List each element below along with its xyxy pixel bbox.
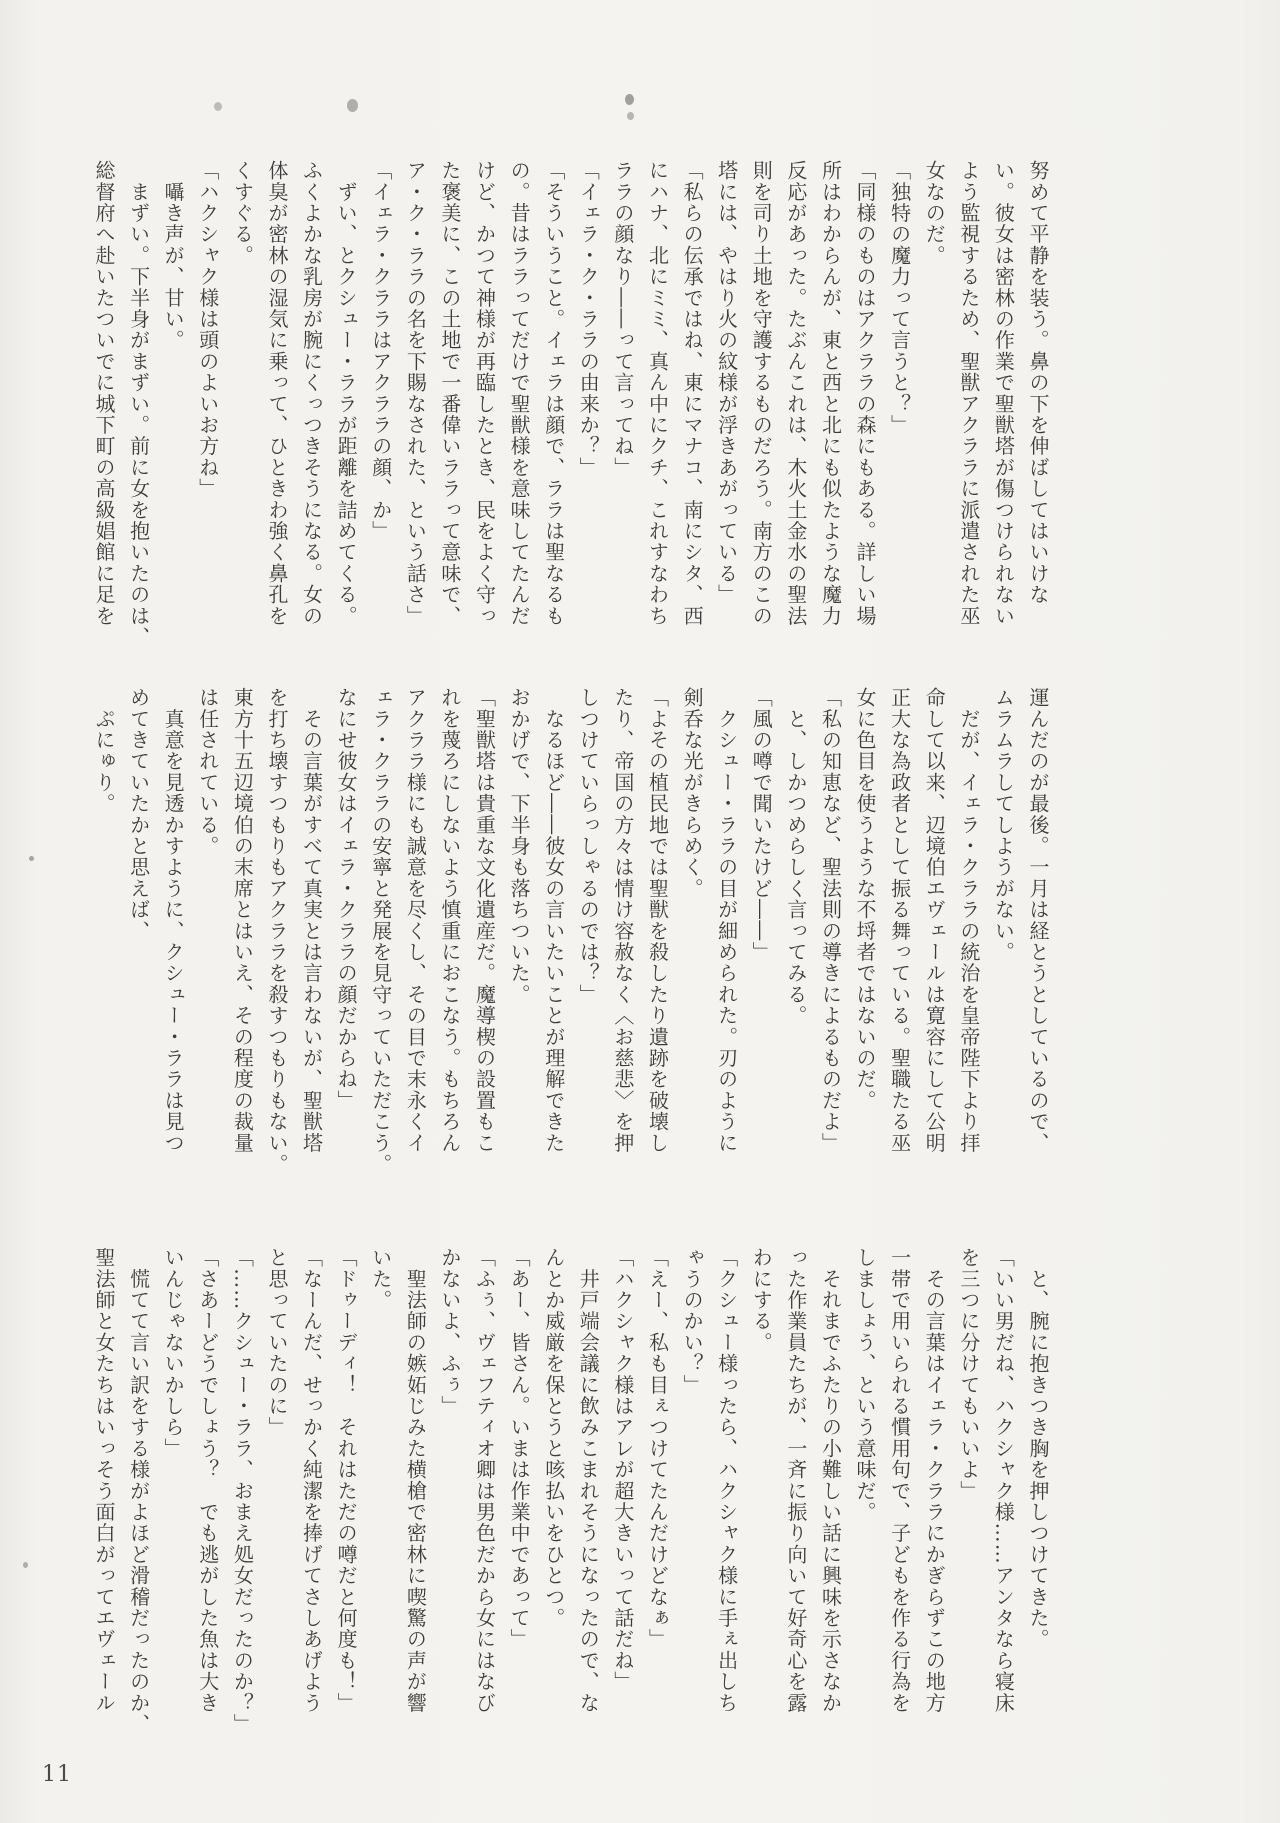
- text-line: まずい。下半身がまずい。前に女を抱いたのは、: [121, 160, 156, 632]
- text-line: った作業員たちが、一斉に振り向いて好奇心を露: [778, 1247, 813, 1719]
- text-line: た褒美に、この土地で一番偉いララって意味で、: [432, 160, 467, 632]
- text-line: 「えー、私も目ぇつけてたんだけどなぁ」: [640, 1247, 675, 1719]
- text-line: 「イェラ・ク・ララの由来か？」: [571, 160, 606, 632]
- text-line: 慌てて言い訳をする様がよほど滑稽だったのか、: [121, 1247, 156, 1719]
- text-line: ふくよかな乳房が腕にくっつきそうになる。女の: [294, 160, 329, 632]
- text-line: 囁き声が、甘い。: [156, 160, 191, 632]
- text-line: 「よその植民地では聖獣を殺したり遺跡を破壊し: [640, 687, 675, 1159]
- text-line: れを蔑ろにしないよう慎重におこなう。もちろん: [432, 687, 467, 1159]
- page-number: 11: [42, 1762, 72, 1787]
- scan-noise-speck: [627, 112, 634, 120]
- text-line: 「ハクシャク様はアレが超大きいって話だね」: [605, 1247, 640, 1719]
- text-line: 正大な為政者として振る舞っている。聖職たる巫: [882, 687, 917, 1159]
- text-line: 「クシュー様ったら、ハクシャク様に手ぇ出しち: [709, 1247, 744, 1719]
- scan-noise-speck: [214, 102, 222, 111]
- text-line: 「そういうこと。イェラは顔で、ララは聖なるも: [536, 160, 571, 632]
- text-line: 「同様のものはアクララの森にもある。詳しい場: [847, 160, 882, 632]
- text-line: おかげで、下半身も落ちついた。: [502, 687, 537, 1159]
- text-line: 反応があった。たぶんこれは、木火土金水の聖法: [778, 160, 813, 632]
- text-line: その言葉はイェラ・クララにかぎらずこの地方: [917, 1247, 952, 1719]
- scan-noise-speck: [347, 99, 358, 112]
- text-line: くすぐる。: [225, 160, 260, 632]
- text-line: 女に色目を使うような不埒者ではないのだ。: [847, 687, 882, 1159]
- text-line: その言葉がすべて真実とは言わないが、聖獣塔: [294, 687, 329, 1159]
- text-line: だが、イェラ・クララの統治を皇帝陛下より拝: [951, 687, 986, 1159]
- text-line: 聖法師の嫉妬じみた横槍で密林に喫驚の声が響: [398, 1247, 433, 1719]
- text-line: いた。: [363, 1247, 398, 1719]
- text-line: ムラムラしてしようがない。: [986, 687, 1021, 1159]
- text-line: 「さあーどうでしょう？ でも逃がした魚は大き: [190, 1247, 225, 1719]
- text-line: 「ふぅ、ヴェフティオ卿は男色だから女にはなび: [467, 1247, 502, 1719]
- text-line: 女なのだ。: [917, 160, 952, 632]
- text-line: 塔には、やはり火の紋様が浮きあがっている」: [709, 160, 744, 632]
- text-line: 真意を見透かすように、クシュー・ララは見つ: [156, 687, 191, 1159]
- text-line: 「独特の魔力って言うと？」: [882, 160, 917, 632]
- text-line: 東方十五辺境伯の末席とはいえ、その程度の裁量: [225, 687, 260, 1159]
- text-line: ア・ク・ララの名を下賜なされた、という話さ」: [398, 160, 433, 632]
- text-line: 「風の噂で聞いたけど――」: [744, 687, 779, 1159]
- text-line: 「ハクシャク様は頭のよいお方ね」: [190, 160, 225, 632]
- text-line: なにせ彼女はイェラ・クララの顔だからね」: [329, 687, 364, 1159]
- text-band-middle: 運んだのが最後。一月は経とうとしているので、ムラムラしてしようがない。 だが、イ…: [86, 687, 1055, 1159]
- text-band-bottom: と、腕に抱きつき胸を押しつけてきた。「いい男だね、ハクシャク様……アンタなら寝床…: [86, 1247, 1055, 1719]
- text-line: の。昔はララってだけで聖獣様を意味してたんだ: [502, 160, 537, 632]
- scan-noise-speck: [625, 94, 634, 105]
- text-line: ぷにゅり。: [86, 687, 121, 1159]
- text-line: しつけていらっしゃるのでは？」: [571, 687, 606, 1159]
- text-line: 「ドゥーディ！ それはただの噂だと何度も！」: [329, 1247, 364, 1719]
- text-line: を三つに分けてもいいよ」: [951, 1247, 986, 1719]
- text-line: たり、帝国の方々は情け容赦なく〈お慈悲〉を押: [605, 687, 640, 1159]
- text-line: 命して以来、辺境伯エヴェールは寛容にして公明: [917, 687, 952, 1159]
- text-line: 「聖獣塔は貴重な文化遺産だ。魔導楔の設置もこ: [467, 687, 502, 1159]
- text-line: 「あー、皆さん。いまは作業中であって」: [502, 1247, 537, 1719]
- text-line: 「私の知恵など、聖法則の導きによるものだよ」: [813, 687, 848, 1159]
- text-line: クシュー・ララの目が細められた。刃のように: [709, 687, 744, 1159]
- text-line: ェラ・クララの安寧と発展を見守っていただこう。: [363, 687, 398, 1159]
- text-line: それまでふたりの小難しい話に興味を示さなか: [813, 1247, 848, 1719]
- text-line: アクララ様にも誠意を尽くし、その目で末永くイ: [398, 687, 433, 1159]
- scan-noise-speck: [23, 1562, 28, 1568]
- text-line: 剣呑な光がきらめく。: [674, 687, 709, 1159]
- text-line: 則を司り土地を守護するものだろう。南方のこの: [744, 160, 779, 632]
- text-line: と、腕に抱きつき胸を押しつけてきた。: [1020, 1247, 1055, 1719]
- text-line: いんじゃないかしら」: [156, 1247, 191, 1719]
- text-line: 井戸端会議に飲みこまれそうになったので、な: [571, 1247, 606, 1719]
- text-line: 体臭が密林の湿気に乗って、ひときわ強く鼻孔を: [259, 160, 294, 632]
- text-line: ずい、とクシュー・ララが距離を詰めてくる。: [329, 160, 364, 632]
- text-line: 「……クシュー・ララ、おまえ処女だったのか？」: [225, 1247, 260, 1719]
- text-line: と思っていたのに」: [259, 1247, 294, 1719]
- text-line: と、しかつめらしく言ってみる。: [778, 687, 813, 1159]
- text-line: 一帯で用いられる慣用句で、子どもを作る行為を: [882, 1247, 917, 1719]
- text-line: 「いい男だね、ハクシャク様……アンタなら寝床: [986, 1247, 1021, 1719]
- text-line: 総督府へ赴いたついでに城下町の高級娼館に足を: [86, 160, 121, 632]
- text-line: んとか威厳を保とうと咳払いをひとつ。: [536, 1247, 571, 1719]
- text-band-top: 努めて平静を装う。鼻の下を伸ばしてはいけない。彼女は密林の作業で聖獣塔が傷つけら…: [86, 160, 1055, 632]
- text-line: 所はわからんが、東と西と北にも似たような魔力: [813, 160, 848, 632]
- text-line: にハナ、北にミミ、真ん中にクチ、これすなわち: [640, 160, 675, 632]
- text-line: しましょう、という意味だ。: [847, 1247, 882, 1719]
- text-line: 「なーんだ、せっかく純潔を捧げてさしあげよう: [294, 1247, 329, 1719]
- text-line: は任されている。: [190, 687, 225, 1159]
- text-line: 「私らの伝承ではね、東にマナコ、南にシタ、西: [674, 160, 709, 632]
- text-line: けど、かつて神様が再臨したとき、民をよく守っ: [467, 160, 502, 632]
- text-line: ゃうのかい？」: [674, 1247, 709, 1719]
- text-line: 運んだのが最後。一月は経とうとしているので、: [1020, 687, 1055, 1159]
- text-line: ララの顔なり――って言ってね」: [605, 160, 640, 632]
- scan-noise-speck: [29, 856, 34, 861]
- text-line: なるほど――彼女の言いたいことが理解できた: [536, 687, 571, 1159]
- text-line: 努めて平静を装う。鼻の下を伸ばしてはいけな: [1020, 160, 1055, 632]
- text-line: い。彼女は密林の作業で聖獣塔が傷つけられない: [986, 160, 1021, 632]
- text-line: よう監視するため、聖獣アクララに派遣された巫: [951, 160, 986, 632]
- text-line: かないよ、ふぅ」: [432, 1247, 467, 1719]
- scanned-novel-page: 努めて平静を装う。鼻の下を伸ばしてはいけない。彼女は密林の作業で聖獣塔が傷つけら…: [0, 0, 1280, 1823]
- text-line: めてきていたかと思えば、: [121, 687, 156, 1159]
- text-line: を打ち壊すつもりもアクララを殺すつもりもない。: [259, 687, 294, 1159]
- text-line: 聖法師と女たちはいっそう面白がってエヴェール: [86, 1247, 121, 1719]
- text-line: 「イェラ・クララはアクララの顔、か」: [363, 160, 398, 632]
- text-line: わにする。: [744, 1247, 779, 1719]
